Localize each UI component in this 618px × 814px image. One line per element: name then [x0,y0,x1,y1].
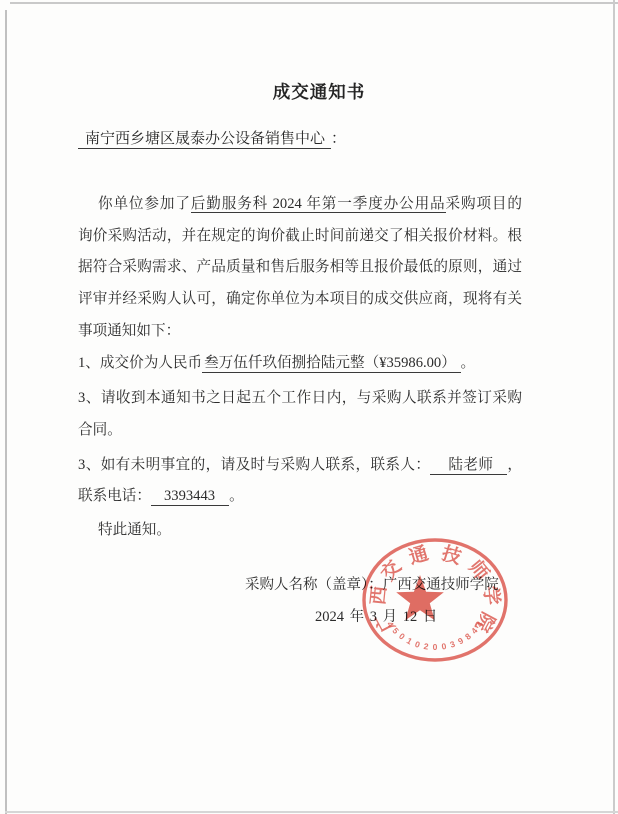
signature-org: 广西交通技师学院 [383,577,499,593]
item-1: 1、成交价为人民币叁万伍仟玖佰捌拾陆元整（¥35986.00）。 [78,348,522,380]
item-2-line-2: 合同。 [78,415,522,447]
phone-label: 联系电话： [78,488,151,504]
svg-text:院: 院 [471,608,500,636]
official-seal: 广西交通技师学院 4501020039844 [360,536,510,666]
item-3-mid: ， [507,457,522,473]
addressee-name: 南宁西乡塘区晟泰办公设备销售中心 [78,131,331,149]
addressee-colon: ： [331,131,346,147]
svg-text:4: 4 [474,619,485,628]
svg-text:8: 8 [463,631,473,642]
body-line-1: 你单位参加了后勤服务科 2024 年第一季度办公用品采购项目的 [78,189,522,221]
svg-text:9: 9 [456,635,465,646]
item-2-number: 3、 [78,390,101,406]
item-3-pre: 如有未明事宜的，请及时与采购人联系，联系人： [101,457,431,473]
svg-text:0: 0 [397,631,407,642]
item-3-line-1: 3、如有未明事宜的，请及时与采购人联系，联系人：陆老师， [78,450,522,482]
intro-line1-post: 采购项目的 [446,196,522,212]
signature-line: 采购人名称（盖章）：广西交通技师学院 [245,575,499,596]
body-line-5: 事项通知如下： [78,316,522,348]
intro-line1-pre: 你单位参加了 [98,196,191,212]
svg-text:1: 1 [405,635,414,646]
svg-text:2: 2 [423,641,430,652]
item-1-post: 。 [461,355,476,371]
document-title: 成交通知书 [0,79,618,104]
scan-edge-right [613,0,615,814]
scan-edge-top [10,2,618,4]
svg-text:0: 0 [414,639,422,650]
item-2-text: 请收到本通知书之日起五个工作日内，与采购人联系并签订采购 [101,390,522,406]
intro-line1-underlined: 后勤服务科 2024 年第一季度办公用品 [191,196,446,213]
closing-line: 特此通知。 [78,515,522,547]
document-body: 你单位参加了后勤服务科 2024 年第一季度办公用品采购项目的 询价采购活动，并… [78,189,522,547]
item-3-line-2: 联系电话：3393443。 [78,481,522,513]
scanned-document-page: 成交通知书 南宁西乡塘区晟泰办公设备销售中心： 你单位参加了后勤服务科 2024… [0,0,618,814]
signature-label: 采购人名称（盖章）： [245,577,383,593]
item-1-number: 1、 [78,355,100,371]
svg-text:0: 0 [441,641,448,652]
item-2-line-1: 3、请收到本通知书之日起五个工作日内，与采购人联系并签订采购 [78,383,522,415]
item-3-post: 。 [229,488,244,504]
seal-ring [364,540,506,660]
scan-edge-left [5,10,7,814]
body-line-2: 询价采购活动，并在规定的询价截止时间前递交了相关报价材料。根 [78,221,522,253]
body-line-3: 据符合采购需求、产品质量和售后服务相等且报价最低的原则，通过 [78,252,522,284]
item-3-number: 3、 [78,457,101,473]
addressee-line: 南宁西乡塘区晟泰办公设备销售中心： [78,127,346,148]
body-line-4: 评审并经采购人认可，确定你单位为本项目的成交供应商，现将有关 [78,284,522,316]
svg-text:3: 3 [449,639,457,650]
item-1-pre: 成交价为人民币 [100,355,202,371]
item-1-price-underlined: 叁万伍仟玖佰捌拾陆元整（¥35986.00） [202,355,460,373]
svg-text:4: 4 [469,626,480,636]
scan-edge-bottom [5,811,618,813]
phone-number-underlined: 3393443 [151,488,229,506]
date-line: 2024 年 3 月 12 日 [315,607,437,628]
contact-name-underlined: 陆老师 [430,457,507,475]
svg-text:0: 0 [433,642,438,652]
